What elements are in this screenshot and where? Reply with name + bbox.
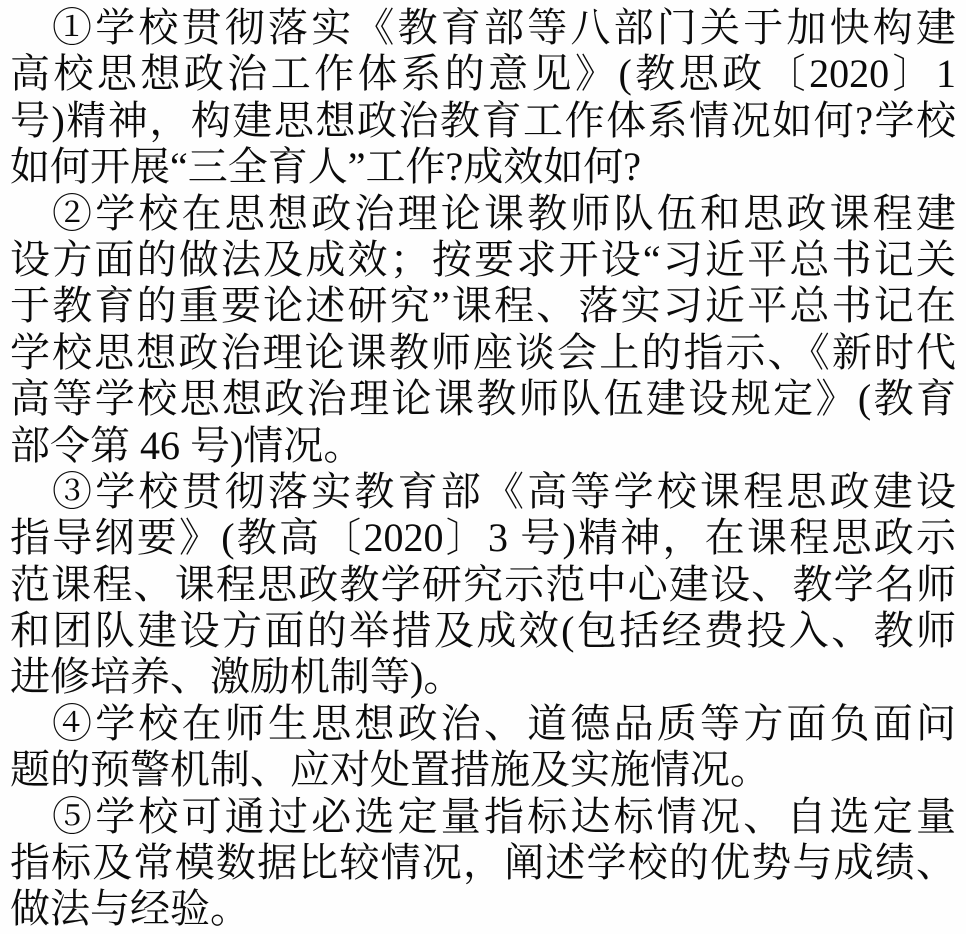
paragraph-4: ④学校在师生思想政治、道德品质等方面负面问 题的预警机制、应对处置措施及实施情况… xyxy=(10,701,956,794)
text-line: 范课程、课程思政教学研究示范中心建设、教学名师 xyxy=(10,562,956,608)
paragraph-2: ②学校在思想政治理论课教师队伍和思政课程建 设方面的做法及成效；按要求开设“习近… xyxy=(10,191,956,469)
document-page: ①学校贯彻落实《教育部等八部门关于加快构建 高校思想政治工作体系的意见》(教思政… xyxy=(0,0,966,934)
text-line: 部令第 46 号)情况。 xyxy=(10,423,956,469)
text-line: 做法与经验。 xyxy=(10,886,956,932)
text-line: ⑤学校可通过必选定量指标达标情况、自选定量 xyxy=(10,794,956,840)
paragraph-1: ①学校贯彻落实《教育部等八部门关于加快构建 高校思想政治工作体系的意见》(教思政… xyxy=(10,5,956,191)
text-line: ③学校贯彻落实教育部《高等学校课程思政建设 xyxy=(10,469,956,515)
text-line: 如何开展“三全育人”工作?成效如何? xyxy=(10,144,956,190)
text-line: 学校思想政治理论课教师座谈会上的指示、《新时代 xyxy=(10,330,956,376)
text-line: ②学校在思想政治理论课教师队伍和思政课程建 xyxy=(10,191,956,237)
paragraph-3: ③学校贯彻落实教育部《高等学校课程思政建设 指导纲要》(教高〔2020〕3 号)… xyxy=(10,469,956,701)
text-line: 于教育的重要论述研究”课程、落实习近平总书记在 xyxy=(10,283,956,329)
text-line: 设方面的做法及成效；按要求开设“习近平总书记关 xyxy=(10,237,956,283)
paragraph-5: ⑤学校可通过必选定量指标达标情况、自选定量 指标及常模数据比较情况，阐述学校的优… xyxy=(10,794,956,933)
text-line: 和团队建设方面的举措及成效(包括经费投入、教师 xyxy=(10,608,956,654)
text-line: ①学校贯彻落实《教育部等八部门关于加快构建 xyxy=(10,5,956,51)
text-line: 号)精神，构建思想政治教育工作体系情况如何?学校 xyxy=(10,98,956,144)
text-line: ④学校在师生思想政治、道德品质等方面负面问 xyxy=(10,701,956,747)
text-line: 进修培养、激励机制等)。 xyxy=(10,654,956,700)
text-line: 指标及常模数据比较情况，阐述学校的优势与成绩、 xyxy=(10,840,956,886)
text-line: 高校思想政治工作体系的意见》(教思政〔2020〕1 xyxy=(10,51,956,97)
text-line: 高等学校思想政治理论课教师队伍建设规定》(教育 xyxy=(10,376,956,422)
text-line: 题的预警机制、应对处置措施及实施情况。 xyxy=(10,747,956,793)
text-line: 指导纲要》(教高〔2020〕3 号)精神，在课程思政示 xyxy=(10,515,956,561)
